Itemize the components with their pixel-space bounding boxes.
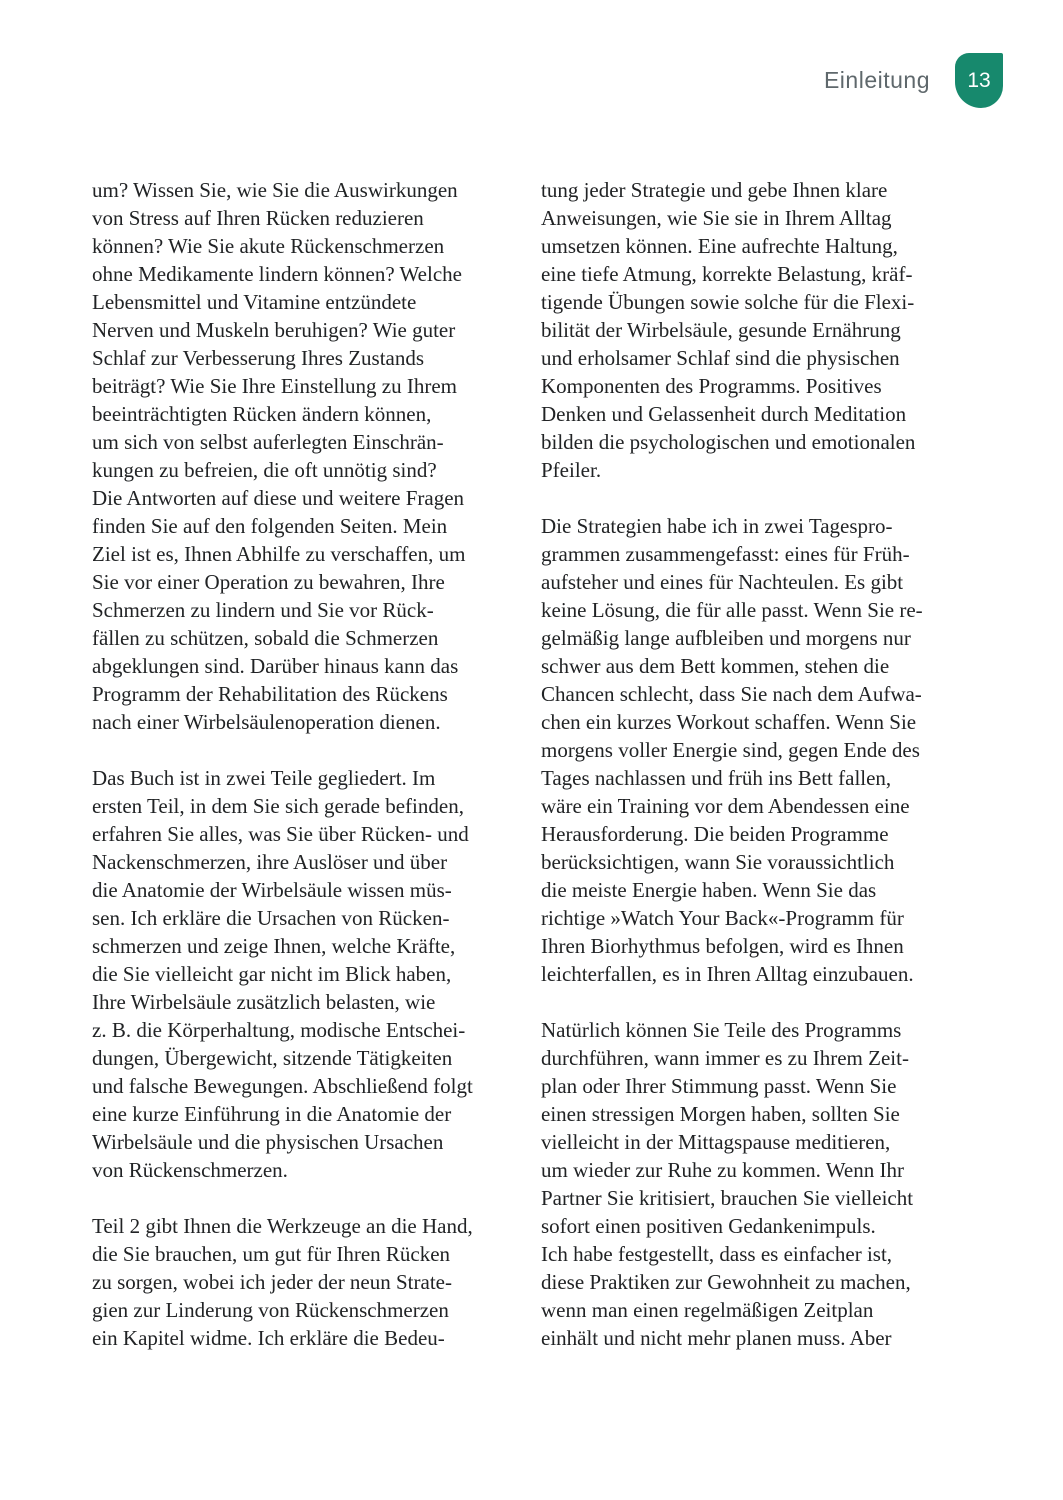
page-number: 13: [967, 69, 990, 93]
paragraph: um? Wissen Sie, wie Sie die Auswirkungen…: [92, 176, 500, 736]
text-columns: um? Wissen Sie, wie Sie die Auswirkungen…: [92, 176, 949, 1380]
paragraph: Teil 2 gibt Ihnen die Werkzeuge an die H…: [92, 1212, 500, 1352]
paragraph: Das Buch ist in zwei Teile gegliedert. I…: [92, 764, 500, 1184]
book-page: Einleitung 13 um? Wissen Sie, wie Sie di…: [0, 0, 1063, 1500]
paragraph: Natürlich können Sie Teile des Programms…: [541, 1016, 949, 1352]
paragraph: Die Strategien habe ich in zwei Tagespro…: [541, 512, 949, 988]
page-number-badge: 13: [955, 53, 1003, 108]
section-title: Einleitung: [824, 67, 930, 94]
page-header: Einleitung 13: [824, 53, 1003, 108]
left-column: um? Wissen Sie, wie Sie die Auswirkungen…: [92, 176, 500, 1380]
right-column: tung jeder Strategie und gebe Ihnen klar…: [541, 176, 949, 1380]
paragraph: tung jeder Strategie und gebe Ihnen klar…: [541, 176, 949, 484]
